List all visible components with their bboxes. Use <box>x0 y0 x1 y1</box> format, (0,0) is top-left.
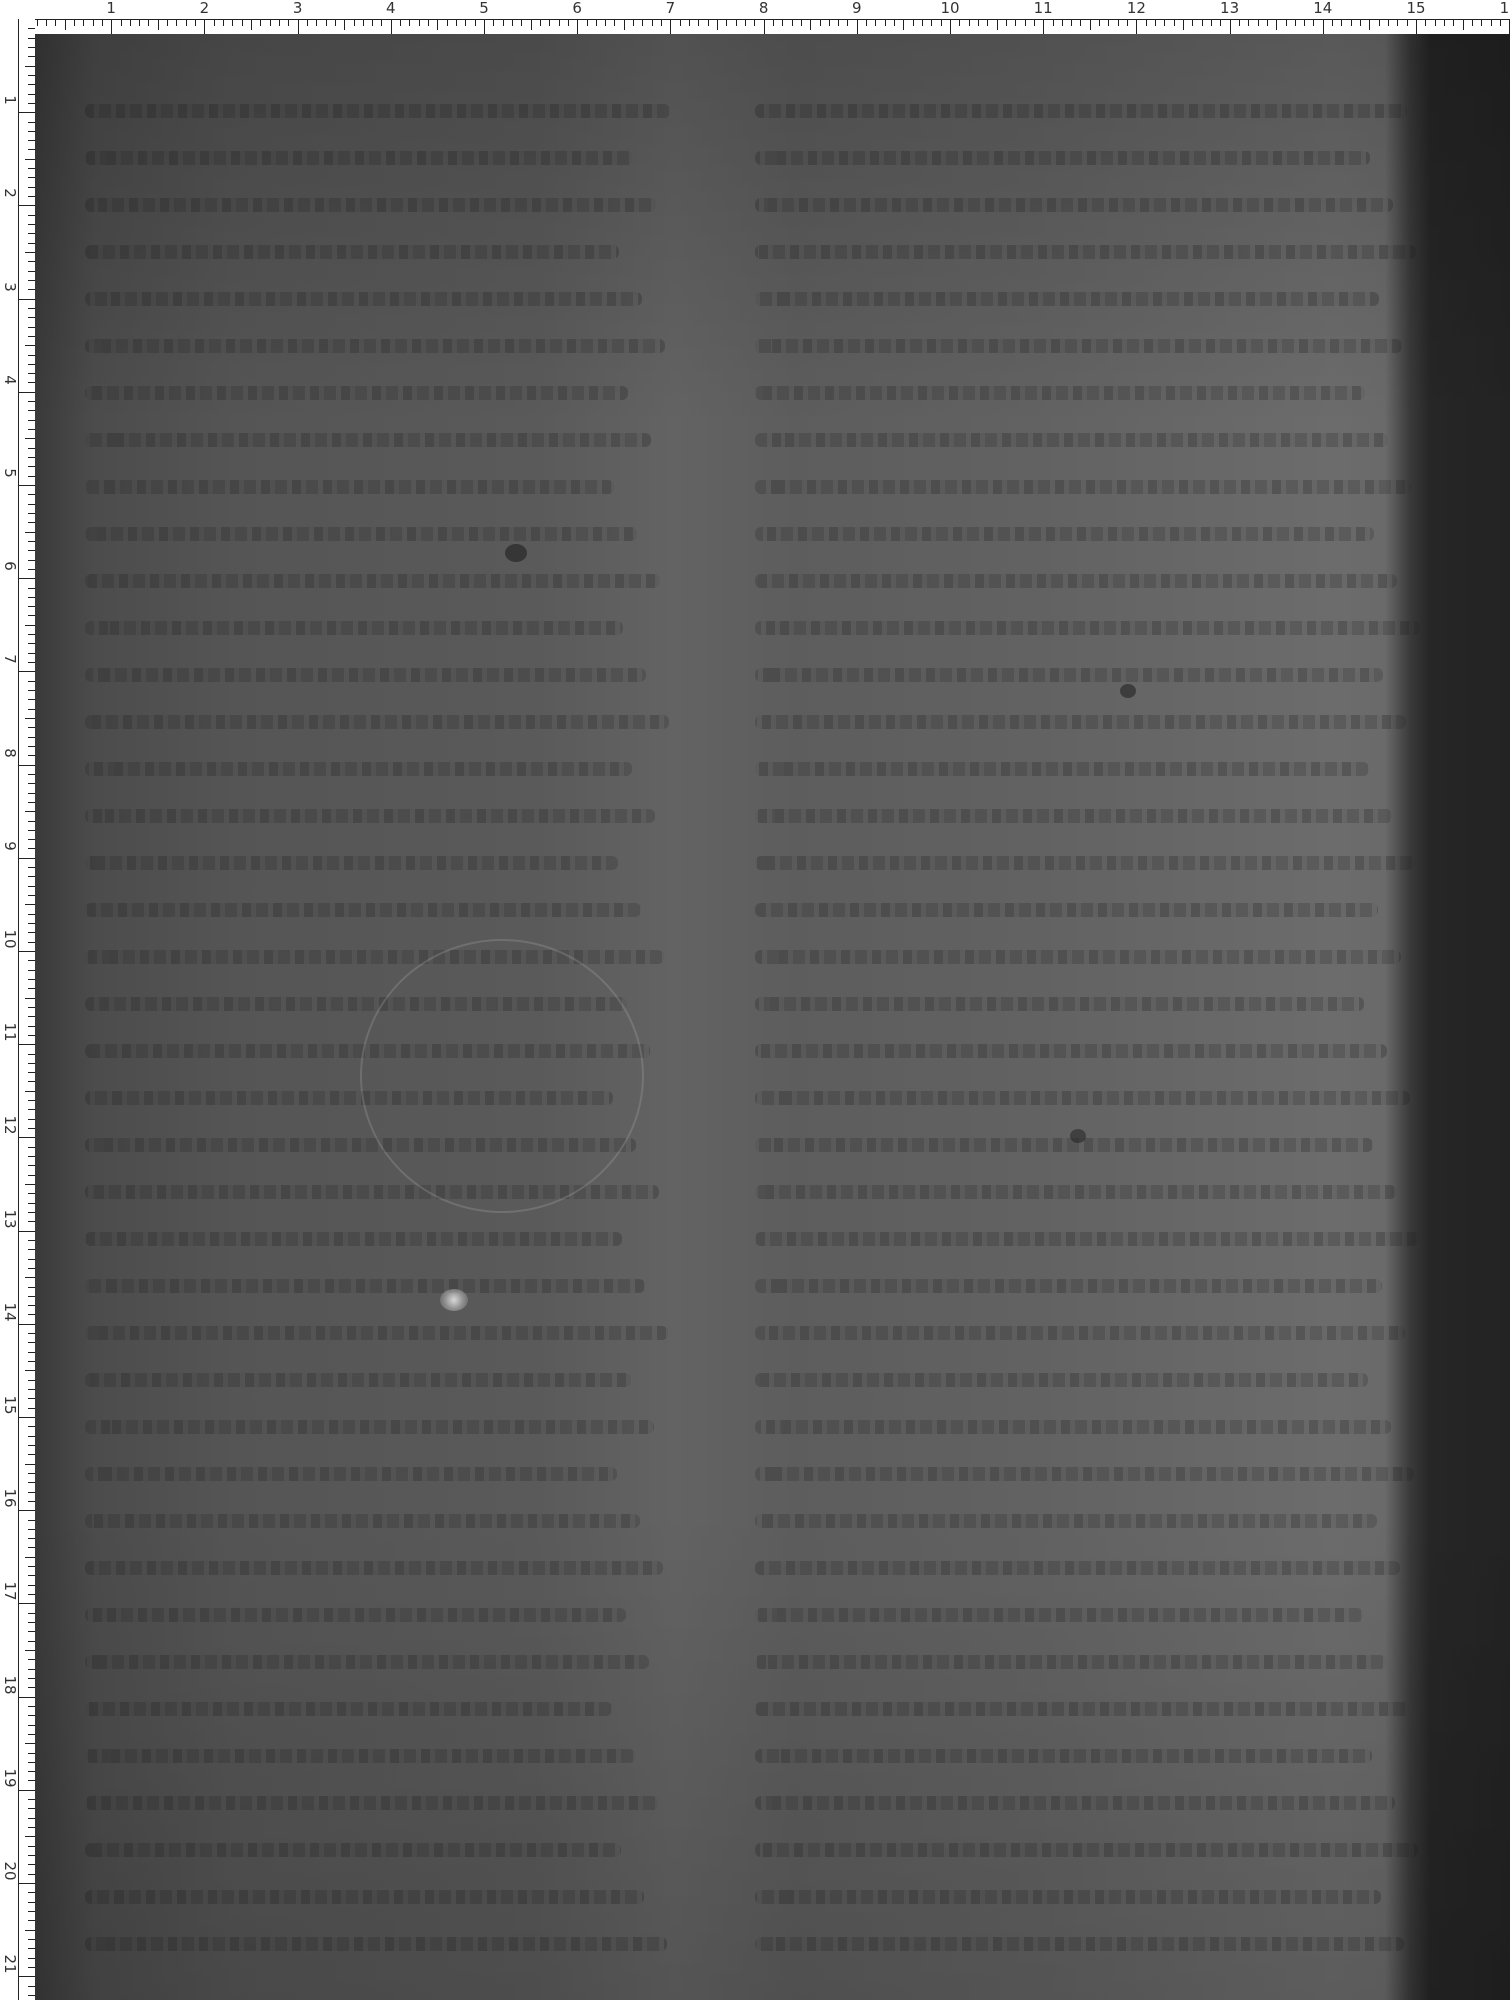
ruler-tick <box>428 20 429 26</box>
ruler-tick <box>587 20 588 26</box>
ruler-tick <box>419 20 420 26</box>
ruler-tick <box>335 20 336 26</box>
ruler-tick <box>28 876 35 877</box>
ruler-tick <box>25 811 35 812</box>
ruler-tick <box>19 1697 35 1698</box>
ruler-tick <box>28 1296 35 1297</box>
ruler-tick <box>28 1305 35 1306</box>
ruler-tick <box>28 243 35 244</box>
ruler-tick <box>28 1100 35 1101</box>
ruler-tick <box>298 20 299 34</box>
ruler-tick <box>19 578 35 579</box>
ruler-tick <box>19 392 35 393</box>
ruler-tick <box>28 1920 35 1921</box>
ruler-tick <box>28 1706 35 1707</box>
ruler-tick <box>1444 20 1445 26</box>
ruler-tick <box>1258 20 1259 26</box>
ruler-tick <box>1034 20 1035 26</box>
ruler-tick <box>28 420 35 421</box>
ruler-tick <box>19 1790 35 1791</box>
ruler-tick <box>1379 20 1380 26</box>
ruler-tick <box>28 1054 35 1055</box>
ruler-tick <box>372 20 373 26</box>
ruler-tick <box>28 1352 35 1353</box>
ruler-tick <box>1500 20 1501 26</box>
ruler-tick <box>28 38 35 39</box>
ruler-tick <box>93 20 94 26</box>
ruler-tick <box>465 20 466 26</box>
ruler-tick <box>28 308 35 309</box>
ruler-tick <box>913 20 914 26</box>
ruler-tick <box>661 20 662 26</box>
ruler-tick <box>28 1128 35 1129</box>
ruler-tick <box>121 20 122 26</box>
ruler-tick <box>25 1184 35 1185</box>
ruler-label: 1 <box>2 90 18 110</box>
ruler-tick <box>28 970 35 971</box>
ruler-tick <box>708 20 709 26</box>
ruler-label: 16 <box>1500 0 1510 16</box>
ruler-tick <box>28 1249 35 1250</box>
ruler-tick <box>28 1827 35 1828</box>
ruler-tick <box>1062 20 1063 26</box>
ruler-tick <box>698 20 699 26</box>
ruler-tick <box>409 20 410 26</box>
ruler-tick <box>810 20 811 30</box>
ruler-tick <box>28 662 35 663</box>
ruler-tick <box>28 923 35 924</box>
ruler-tick <box>28 1808 35 1809</box>
ruler-tick <box>28 168 35 169</box>
ruler-label: 17 <box>2 1581 18 1601</box>
ruler-tick <box>25 718 35 719</box>
ruler-tick <box>1481 20 1482 26</box>
ruler-tick <box>642 20 643 26</box>
ruler-tick <box>28 1482 35 1483</box>
ruler-tick <box>139 20 140 26</box>
ruler-tick <box>25 1277 35 1278</box>
ruler-label: 7 <box>2 649 18 669</box>
ruler-tick <box>28 1063 35 1064</box>
ruler-tick <box>28 597 35 598</box>
ruler-tick <box>28 1119 35 1120</box>
ruler-label: 9 <box>2 836 18 856</box>
ruler-tick <box>28 94 35 95</box>
ruler-tick <box>204 20 205 34</box>
ruler-tick <box>28 289 35 290</box>
ruler-tick <box>1332 20 1333 26</box>
ruler-tick <box>922 20 923 26</box>
ruler-tick <box>1025 20 1026 26</box>
ruler-tick <box>28 1333 35 1334</box>
ruler-tick <box>326 20 327 26</box>
ruler-tick <box>28 1613 35 1614</box>
ruler-label: 6 <box>572 0 582 16</box>
ruler-tick <box>1108 20 1109 26</box>
ruler-tick <box>28 1818 35 1819</box>
ruler-tick <box>25 66 35 67</box>
ruler-tick <box>28 560 35 561</box>
ruler-tick <box>28 1165 35 1166</box>
ruler-tick <box>820 20 821 26</box>
ruler-tick <box>792 20 793 26</box>
ruler-tick <box>1080 20 1081 26</box>
ruler-tick <box>866 20 867 26</box>
ruler-tick <box>829 20 830 26</box>
ruler-tick <box>614 20 615 26</box>
ruler-tick <box>885 20 886 26</box>
ruler-tick <box>28 336 35 337</box>
ruler-label: 10 <box>940 0 959 16</box>
ruler-tick <box>25 159 35 160</box>
ruler-tick <box>28 494 35 495</box>
ruler-tick <box>1267 20 1268 26</box>
ruler-tick <box>28 1995 35 1996</box>
ruler-tick <box>391 20 392 34</box>
ruler-tick <box>19 951 35 952</box>
ruler-tick <box>28 149 35 150</box>
ruler-tick <box>28 504 35 505</box>
ruler-label: 4 <box>386 0 396 16</box>
ruler-tick <box>28 1631 35 1632</box>
ruler-tick <box>167 20 168 26</box>
ruler-tick <box>1425 20 1426 26</box>
ruler-tick <box>28 1072 35 1073</box>
ruler-tick <box>1397 20 1398 26</box>
ruler-tick <box>28 401 35 402</box>
ruler-tick <box>288 20 289 26</box>
ruler-tick <box>28 1147 35 1148</box>
ruler-tick <box>28 1846 35 1847</box>
ruler-tick <box>28 140 35 141</box>
ruler-label: 8 <box>2 743 18 763</box>
ruler-tick <box>25 1091 35 1092</box>
ruler-tick <box>875 20 876 26</box>
ruler-tick <box>28 821 35 822</box>
ruler-label: 3 <box>293 0 303 16</box>
ruler-tick <box>19 1044 35 1045</box>
ruler-tick <box>28 75 35 76</box>
ruler-tick <box>19 1324 35 1325</box>
ruler-tick <box>28 606 35 607</box>
ruler-tick <box>25 1836 35 1837</box>
ruler-tick <box>28 653 35 654</box>
ruler-tick <box>28 261 35 262</box>
ruler-tick <box>1136 20 1137 34</box>
ruler-tick <box>28 1799 35 1800</box>
ruler-tick <box>997 20 998 30</box>
ruler-label: 5 <box>479 0 489 16</box>
ruler-tick <box>28 588 35 589</box>
ruler-tick <box>28 1426 35 1427</box>
ruler-tick <box>46 20 47 26</box>
ruler-tick <box>1276 20 1277 30</box>
ruler-tick <box>736 20 737 26</box>
ruler-tick <box>28 327 35 328</box>
ruler-tick <box>214 20 215 26</box>
ruler-tick <box>28 47 35 48</box>
ruler-tick <box>28 1771 35 1772</box>
ruler-tick <box>1174 20 1175 26</box>
ruler-tick <box>28 1314 35 1315</box>
manuscript-scan-image <box>35 34 1510 2000</box>
ruler-tick <box>28 122 35 123</box>
ruler-tick <box>28 1566 35 1567</box>
ruler-tick <box>28 103 35 104</box>
ruler-tick <box>28 1855 35 1856</box>
ruler-tick <box>28 1911 35 1912</box>
ruler-tick <box>28 1007 35 1008</box>
ruler-tick <box>28 1026 35 1027</box>
ruler-tick <box>969 20 970 26</box>
ruler-tick <box>28 224 35 225</box>
ruler-label: 5 <box>2 463 18 483</box>
ruler-tick <box>28 793 35 794</box>
ruler-tick <box>19 858 35 859</box>
ruler-tick <box>55 20 56 26</box>
ruler-tick <box>28 1641 35 1642</box>
ruler-tick <box>28 1398 35 1399</box>
ruler-tick <box>28 131 35 132</box>
ruler-tick <box>1453 20 1454 26</box>
ruler-tick <box>28 1361 35 1362</box>
ruler-tick <box>28 457 35 458</box>
ruler-tick <box>28 364 35 365</box>
ruler-tick <box>1239 20 1240 26</box>
ruler-tick <box>652 20 653 26</box>
ruler-tick <box>28 84 35 85</box>
ruler-tick <box>28 755 35 756</box>
ruler-tick <box>28 233 35 234</box>
ruler-tick <box>28 410 35 411</box>
ruler-tick <box>28 988 35 989</box>
ruler-tick <box>28 215 35 216</box>
ruler-tick <box>25 252 35 253</box>
ruler-tick <box>28 1948 35 1949</box>
ruler-tick <box>195 20 196 26</box>
ruler-tick <box>28 1734 35 1735</box>
ruler-tick <box>1118 20 1119 26</box>
ruler-tick <box>764 20 765 34</box>
ruler-tick <box>28 1967 35 1968</box>
ruler-tick <box>689 20 690 26</box>
ruler-tick <box>25 1930 35 1931</box>
ruler-tick <box>28 783 35 784</box>
ruler-tick <box>25 1743 35 1744</box>
ruler-tick <box>28 942 35 943</box>
ruler-tick <box>28 1715 35 1716</box>
ruler-tick <box>19 1510 35 1511</box>
ruler-tick <box>577 20 578 34</box>
ruler-tick <box>1090 20 1091 30</box>
ruler-tick <box>540 20 541 26</box>
ruler-tick <box>28 522 35 523</box>
ruler-tick <box>475 20 476 26</box>
ruler-label: 8 <box>759 0 769 16</box>
ruler-tick <box>987 20 988 26</box>
ruler-tick <box>279 20 280 26</box>
ruler-tick <box>1351 20 1352 26</box>
ruler-tick <box>19 765 35 766</box>
ruler-tick <box>19 1603 35 1604</box>
ruler-tick <box>28 932 35 933</box>
ruler-tick <box>28 830 35 831</box>
ruler-tick <box>28 1212 35 1213</box>
ruler-tick <box>28 28 35 29</box>
ruler-label: 4 <box>2 370 18 390</box>
ruler-tick <box>28 382 35 383</box>
ruler-tick <box>1164 20 1165 26</box>
ruler-tick <box>28 1687 35 1688</box>
ruler-tick <box>19 1231 35 1232</box>
ruler-tick <box>28 1221 35 1222</box>
ruler-tick <box>74 20 75 26</box>
ruler-label: 20 <box>2 1861 18 1881</box>
ruler-label: 16 <box>2 1488 18 1508</box>
ruler-tick <box>28 709 35 710</box>
ruler-tick <box>1435 20 1436 26</box>
ruler-tick <box>28 56 35 57</box>
ruler-tick <box>28 960 35 961</box>
ruler-tick <box>270 20 271 26</box>
ruler-tick <box>28 466 35 467</box>
ruler-tick <box>28 187 35 188</box>
ruler-tick <box>847 20 848 26</box>
ruler-label: 7 <box>666 0 676 16</box>
ruler-tick <box>28 1193 35 1194</box>
ruler-tick <box>894 20 895 26</box>
ruler-tick <box>1220 20 1221 26</box>
ruler-tick <box>1006 20 1007 26</box>
ruler-tick <box>1295 20 1296 26</box>
ruler-tick <box>28 1240 35 1241</box>
ruler-tick <box>28 1725 35 1726</box>
ruler-tick <box>28 1109 35 1110</box>
ruler-tick <box>596 20 597 26</box>
ruler-tick <box>28 1259 35 1260</box>
ruler-label: 14 <box>1313 0 1332 16</box>
ruler-tick <box>28 271 35 272</box>
ruler-tick <box>484 20 485 34</box>
ruler-tick <box>1043 20 1044 34</box>
ruler-tick <box>801 20 802 26</box>
ruler-tick <box>1463 20 1464 30</box>
ruler-label: 2 <box>2 183 18 203</box>
ruler-tick <box>28 1380 35 1381</box>
ruler-tick <box>25 998 35 999</box>
ruler-tick <box>28 1986 35 1987</box>
ruler-tick <box>1491 20 1492 26</box>
ruler-tick <box>316 20 317 26</box>
ruler-tick <box>25 1650 35 1651</box>
ruler-tick <box>148 20 149 26</box>
ruler-tick <box>28 1547 35 1548</box>
ruler-tick <box>28 1678 35 1679</box>
ruler-tick <box>1211 20 1212 26</box>
ruler-tick <box>931 20 932 26</box>
ruler-tick <box>28 690 35 691</box>
ruler-tick <box>25 1557 35 1558</box>
ruler-label: 11 <box>2 1022 18 1042</box>
ruler-tick <box>633 20 634 26</box>
ruler-tick <box>242 20 243 26</box>
ruler-tick <box>19 112 35 113</box>
ruler-tick <box>28 550 35 551</box>
ruler-tick <box>363 20 364 26</box>
ruler-tick <box>28 1753 35 1754</box>
ruler-tick <box>1304 20 1305 26</box>
ruler-tick <box>1146 20 1147 26</box>
ruler-tick <box>344 20 345 30</box>
ruler-tick <box>1323 20 1324 34</box>
ruler-tick <box>28 1268 35 1269</box>
ruler-tick <box>903 20 904 30</box>
ruler-tick <box>102 20 103 26</box>
ruler-tick <box>726 20 727 26</box>
ruler-tick <box>28 1454 35 1455</box>
ruler-tick <box>1099 20 1100 26</box>
ruler-tick <box>28 355 35 356</box>
vertical-ruler: 123456789101112131415161718192021 <box>0 0 35 2000</box>
ruler-tick <box>28 746 35 747</box>
ruler-label: 13 <box>1220 0 1239 16</box>
ruler-tick <box>1360 20 1361 26</box>
ruler-tick <box>28 280 35 281</box>
ruler-tick <box>437 20 438 30</box>
ruler-tick <box>1202 20 1203 26</box>
ruler-tick <box>19 205 35 206</box>
ruler-tick <box>1248 20 1249 26</box>
ruler-tick <box>1388 20 1389 26</box>
ruler-tick <box>232 20 233 26</box>
ruler-tick <box>456 20 457 26</box>
ruler-tick <box>28 1585 35 1586</box>
ruler-tick <box>37 20 38 26</box>
ruler-tick <box>28 1864 35 1865</box>
ruler-tick <box>1230 20 1231 34</box>
ruler-tick <box>447 20 448 26</box>
ruler-tick <box>19 671 35 672</box>
ruler-tick <box>25 904 35 905</box>
ruler-tick <box>28 699 35 700</box>
ruler-tick <box>512 20 513 26</box>
ruler-tick <box>28 196 35 197</box>
ruler-label: 14 <box>2 1302 18 1322</box>
ruler-tick <box>28 569 35 570</box>
ruler-tick <box>223 20 224 26</box>
ruler-tick <box>186 20 187 26</box>
ruler-tick <box>65 20 66 30</box>
ruler-tick <box>28 615 35 616</box>
ruler-tick <box>28 177 35 178</box>
ruler-tick <box>28 737 35 738</box>
ruler-tick <box>19 1137 35 1138</box>
ruler-tick <box>19 485 35 486</box>
ruler-tick <box>28 1156 35 1157</box>
ruler-tick <box>1341 20 1342 26</box>
ruler-tick <box>28 1408 35 1409</box>
ruler-tick <box>549 20 550 26</box>
ruler-tick <box>28 839 35 840</box>
ruler-tick <box>28 541 35 542</box>
ruler-tick <box>28 429 35 430</box>
ruler-tick <box>857 20 858 34</box>
ruler-tick <box>670 20 671 34</box>
ruler-tick <box>624 20 625 30</box>
ruler-tick <box>1053 20 1054 26</box>
ruler-tick <box>1286 20 1287 26</box>
ruler-tick <box>28 774 35 775</box>
